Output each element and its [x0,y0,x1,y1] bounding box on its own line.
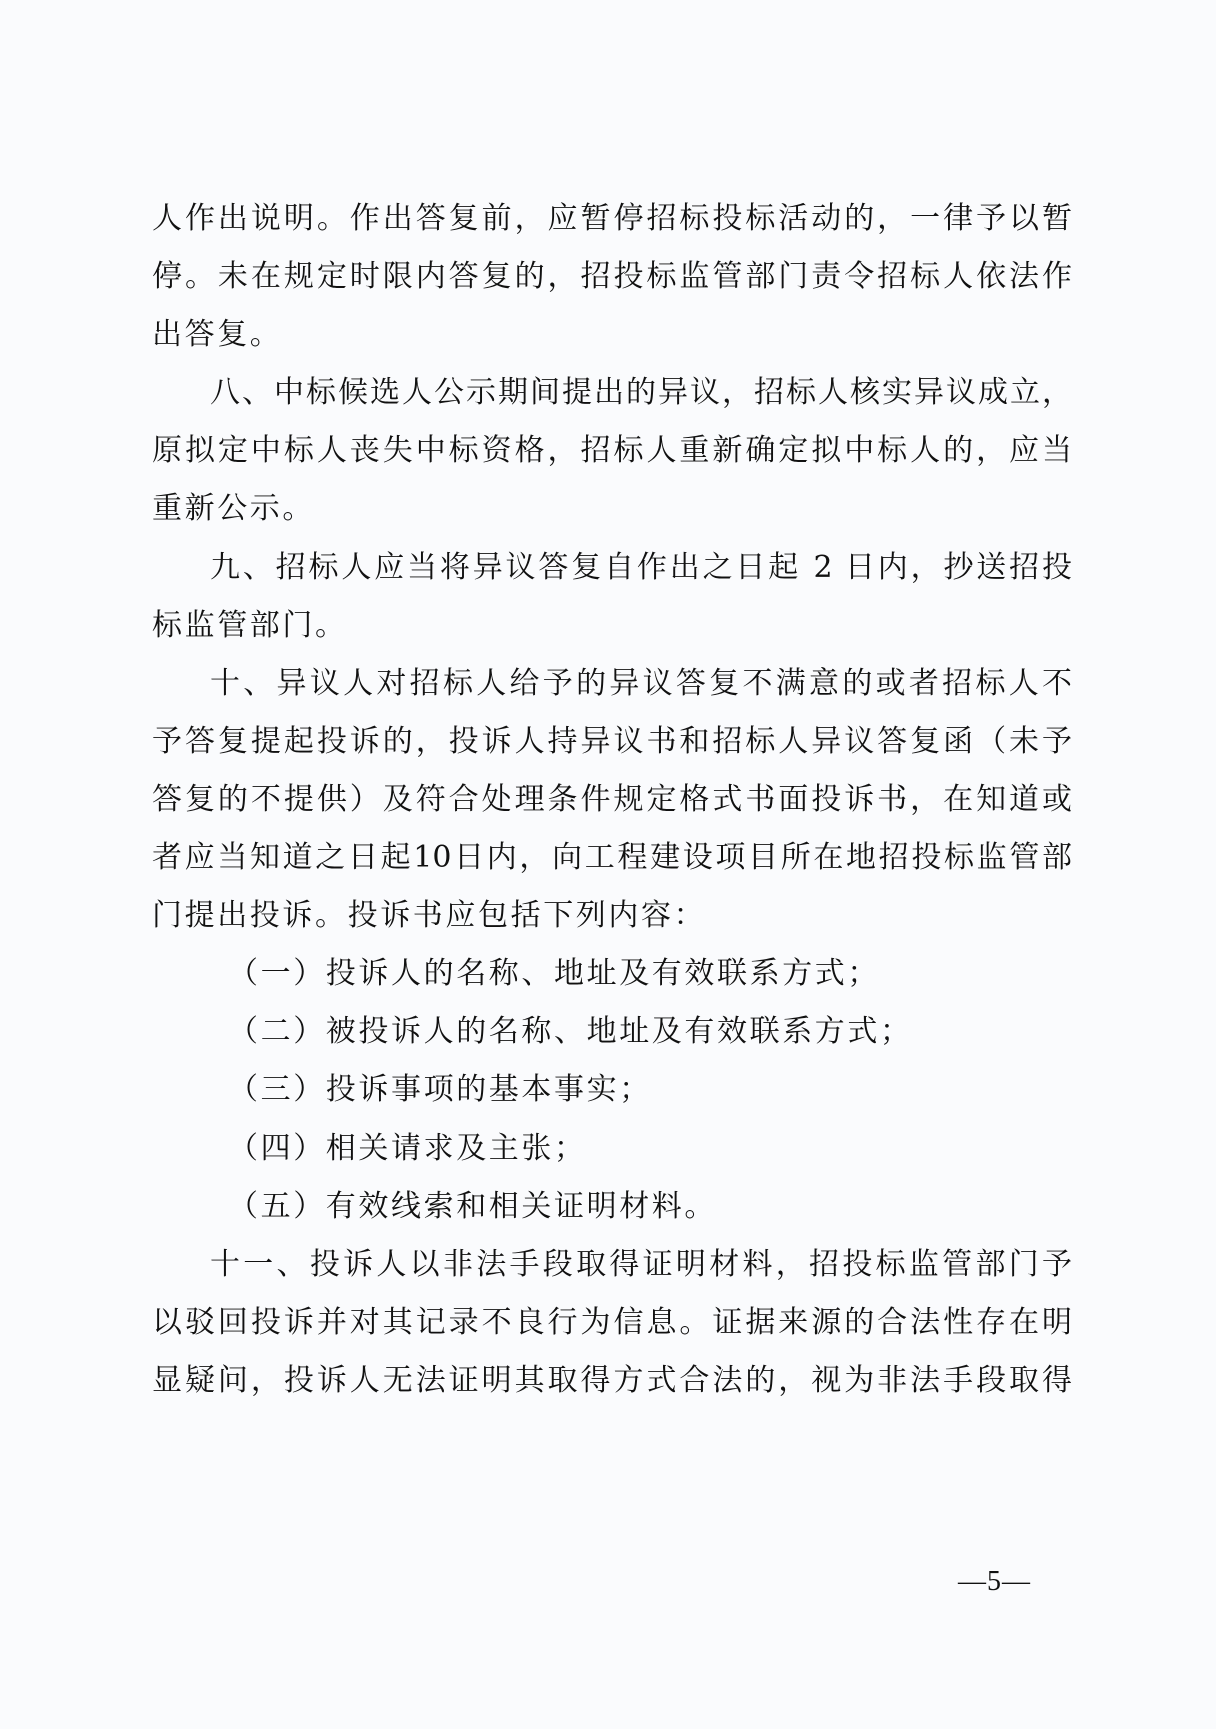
page-number: —5— [958,1566,1031,1598]
list-item-2: （二）被投诉人的名称、地址及有效联系方式； [152,1003,1072,1061]
list-item-4: （四）相关请求及主张； [152,1120,1072,1178]
list-item-3: （三）投诉事项的基本事实； [152,1061,1072,1119]
text-line-3: 出答复。 [152,306,1072,364]
text-line-1: 人作出说明。作出答复前，应暂停招标投标活动的，一律予以暂 [152,190,1072,248]
clause-11-line-3: 显疑问，投诉人无法证明其取得方式合法的，视为非法手段取得 [152,1352,1072,1410]
clause-10-line-4: 者应当知道之日起10日内，向工程建设项目所在地招投标监管部 [152,829,1072,887]
clause-11-line-2: 以驳回投诉并对其记录不良行为信息。证据来源的合法性存在明 [152,1294,1072,1352]
clause-10-line-2: 予答复提起投诉的，投诉人持异议书和招标人异议答复函（未予 [152,713,1072,771]
clause-9-line-2: 标监管部门。 [152,597,1072,655]
clause-10-line-1: 十、异议人对招标人给予的异议答复不满意的或者招标人不 [152,655,1072,713]
clause-8-line-1: 八、中标候选人公示期间提出的异议，招标人核实异议成立， [152,364,1072,422]
text-line-2: 停。未在规定时限内答复的，招投标监管部门责令招标人依法作 [152,248,1072,306]
list-item-1: （一）投诉人的名称、地址及有效联系方式； [152,945,1072,1003]
clause-8-line-3: 重新公示。 [152,480,1072,538]
clause-9-line-1: 九、招标人应当将异议答复自作出之日起 2 日内，抄送招投 [152,539,1072,597]
clause-10-line-5: 门提出投诉。投诉书应包括下列内容： [152,887,1072,945]
clause-10-line-3: 答复的不提供）及符合处理条件规定格式书面投诉书，在知道或 [152,771,1072,829]
document-page: 人作出说明。作出答复前，应暂停招标投标活动的，一律予以暂 停。未在规定时限内答复… [152,190,1072,1410]
clause-8-line-2: 原拟定中标人丧失中标资格，招标人重新确定拟中标人的，应当 [152,422,1072,480]
clause-11-line-1: 十一、投诉人以非法手段取得证明材料，招投标监管部门予 [152,1236,1072,1294]
list-item-5: （五）有效线索和相关证明材料。 [152,1178,1072,1236]
